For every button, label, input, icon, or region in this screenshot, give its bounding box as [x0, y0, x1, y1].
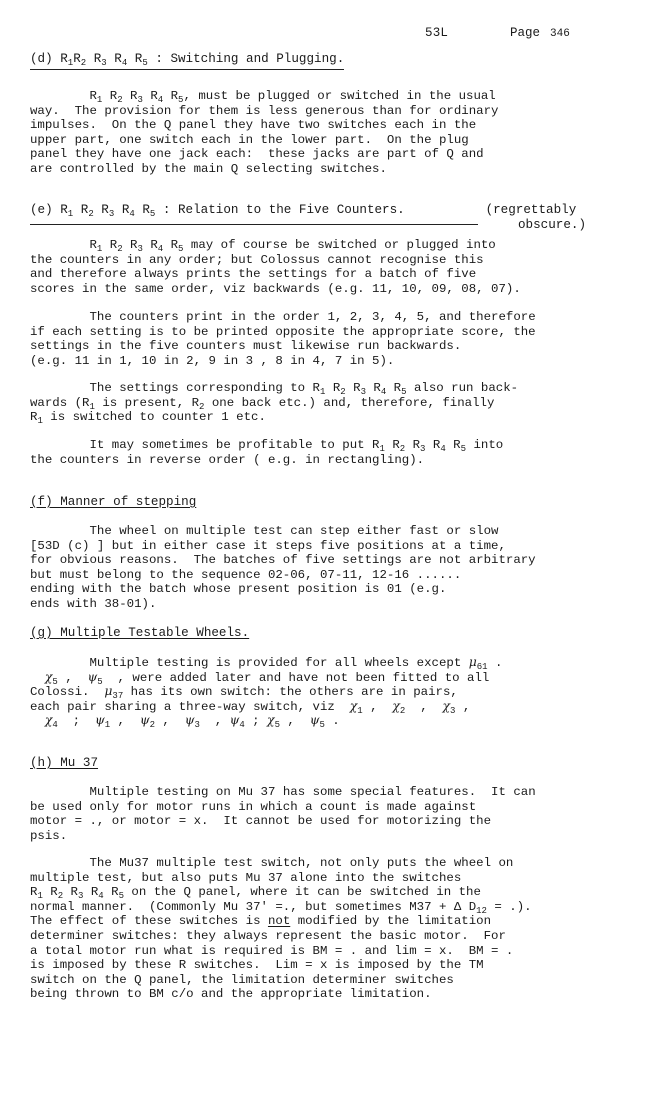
section-h-paragraph-2: The Mu37 multiple test switch, not only … — [30, 856, 630, 1002]
section-e-paragraph-2: The counters print in the order 1, 2, 3,… — [30, 310, 630, 368]
page-number-label: Page346 — [510, 26, 570, 42]
page-label: Page — [510, 26, 540, 40]
section-f-paragraph-1: The wheel on multiple test can step eith… — [30, 524, 630, 612]
section-g-paragraph-1: Multiple testing is provided for all whe… — [30, 655, 630, 728]
document-page: 53L Page346 (d) R1R2 R3 R4 R5 : Switchin… — [0, 0, 650, 1114]
section-e-paragraph-3: The settings corresponding to R1 R2 R3 R… — [30, 381, 630, 425]
section-h-paragraph-1: Multiple testing on Mu 37 has some speci… — [30, 785, 630, 843]
section-e-paragraph-1: R1 R2 R3 R4 R5 may of course be switched… — [30, 238, 630, 296]
page-number: 346 — [550, 28, 570, 40]
section-e-paragraph-4: It may sometimes be profitable to put R1… — [30, 438, 630, 467]
section-d-heading: (d) R1R2 R3 R4 R5 : Switching and Pluggi… — [30, 52, 344, 70]
section-e-heading: (e) R1 R2 R3 R4 R5 : Relation to the Fiv… — [30, 203, 576, 225]
section-f-heading: (f) Manner of stepping — [30, 495, 196, 510]
section-e-note-continued: obscure.) — [518, 218, 586, 233]
section-d-paragraph-1: R1 R2 R3 R4 R5, must be plugged or switc… — [30, 89, 630, 177]
section-g-heading: (g) Multiple Testable Wheels. — [30, 626, 249, 641]
section-h-heading: (h) Mu 37 — [30, 756, 98, 771]
document-reference: 53L — [425, 26, 448, 41]
section-e-note: (regrettably — [486, 203, 577, 217]
